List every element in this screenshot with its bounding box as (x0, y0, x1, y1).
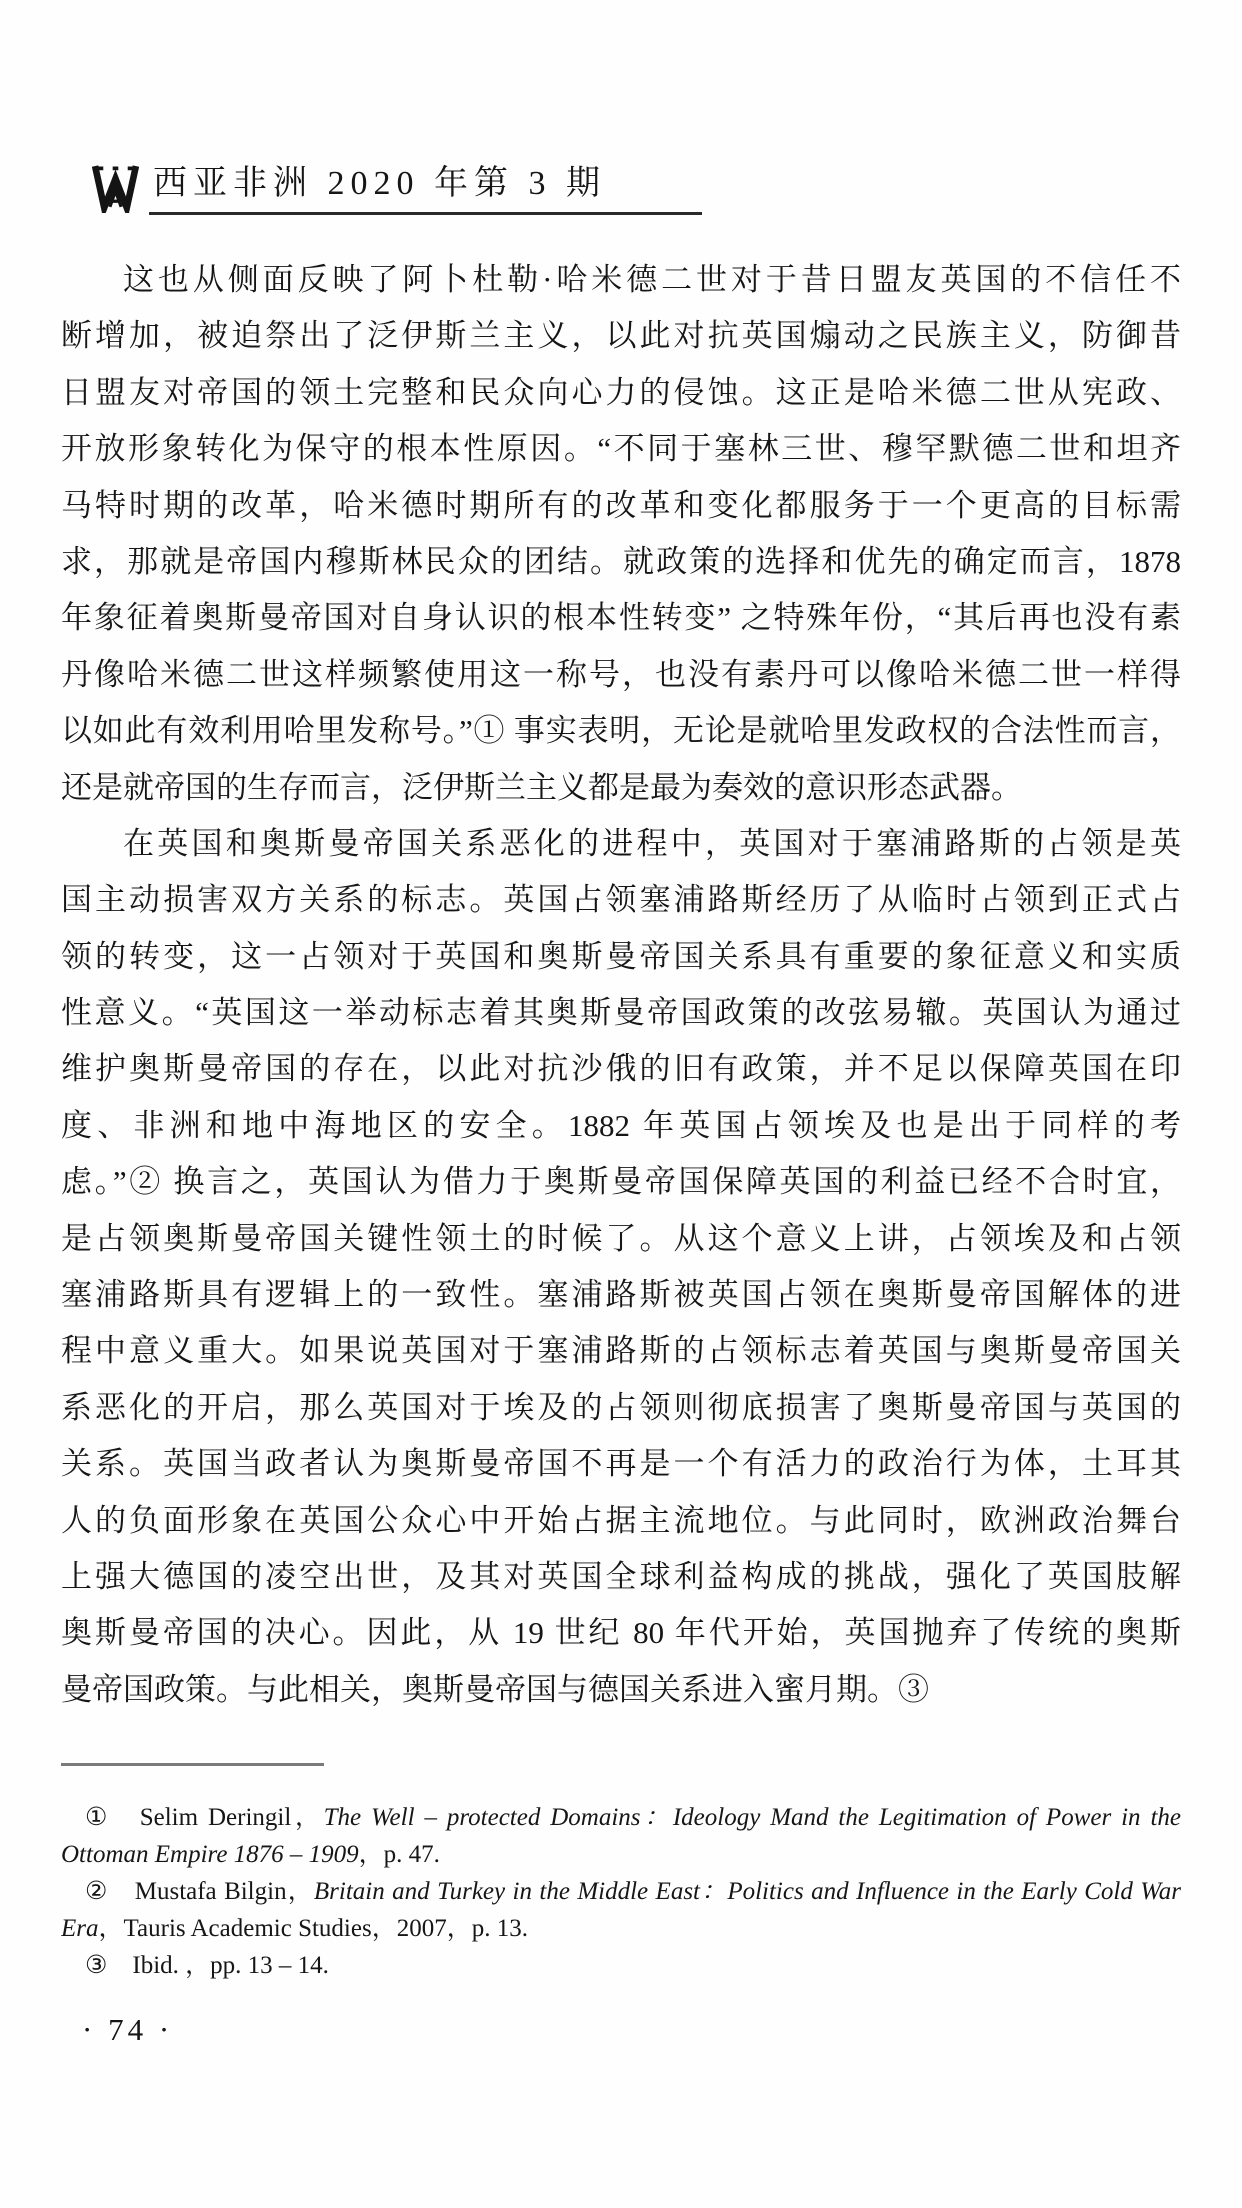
journal-header: 西亚非洲 2020 年第 3 期 (92, 164, 702, 215)
footnotes: ① Selim Deringil，The Well – protected Do… (61, 1799, 1181, 1984)
body-line: 系恶化的开启，那么英国对于埃及的占领则彻底损害了奥斯曼帝国与英国的 (61, 1380, 1181, 1436)
body-line: 丹像哈米德二世这样频繁使用这一称号，也没有素丹可以像哈米德二世一样得 (61, 647, 1181, 703)
body-line: 这也从侧面反映了阿卜杜勒·哈米德二世对于昔日盟友英国的不信任不 (61, 252, 1181, 308)
body-line: 人的负面形象在英国公众心中开始占据主流地位。与此同时，欧洲政治舞台 (61, 1493, 1181, 1549)
body-line: 性意义。“英国这一举动标志着其奥斯曼帝国政策的改弦易辙。英国认为通过 (61, 985, 1181, 1041)
footnote-line: Era，Tauris Academic Studies，2007，p. 13. (61, 1910, 1181, 1947)
body-line: 维护奥斯曼帝国的存在，以此对抗沙俄的旧有政策，并不足以保障英国在印 (61, 1041, 1181, 1097)
body-line: 求，那就是帝国内穆斯林民众的团结。就政策的选择和优先的确定而言，1878 (61, 534, 1181, 590)
body-line: 国主动损害双方关系的标志。英国占领塞浦路斯经历了从临时占领到正式占 (61, 872, 1181, 928)
body-line: 虑。”② 换言之，英国认为借力于奥斯曼帝国保障英国的利益已经不合时宜， (61, 1154, 1181, 1210)
article-body: 这也从侧面反映了阿卜杜勒·哈米德二世对于昔日盟友英国的不信任不断增加，被迫祭出了… (61, 252, 1181, 1718)
body-line: 奥斯曼帝国的决心。因此，从 19 世纪 80 年代开始，英国抛弃了传统的奥斯 (61, 1605, 1181, 1661)
body-line: 年象征着奥斯曼帝国对自身认识的根本性转变” 之特殊年份，“其后再也没有素 (61, 590, 1181, 646)
body-line: 开放形象转化为保守的根本性原因。“不同于塞林三世、穆罕默德二世和坦齐 (61, 421, 1181, 477)
body-line: 在英国和奥斯曼帝国关系恶化的进程中，英国对于塞浦路斯的占领是英 (61, 816, 1181, 872)
body-line: 日盟友对帝国的领土完整和民众向心力的侵蚀。这正是哈米德二世从宪政、 (61, 365, 1181, 421)
body-line: 是占领奥斯曼帝国关键性领土的时候了。从这个意义上讲，占领埃及和占领 (61, 1211, 1181, 1267)
footnote-line: ③ Ibid. ，pp. 13 – 14. (61, 1947, 1181, 1984)
body-line: 曼帝国政策。与此相关，奥斯曼帝国与德国关系进入蜜月期。③ (61, 1662, 1181, 1718)
footnote-line: ① Selim Deringil，The Well – protected Do… (61, 1799, 1181, 1836)
body-line: 断增加，被迫祭出了泛伊斯兰主义，以此对抗英国煽动之民族主义，防御昔 (61, 308, 1181, 364)
body-line: 领的转变，这一占领对于英国和奥斯曼帝国关系具有重要的象征意义和实质 (61, 929, 1181, 985)
footnote-line: ② Mustafa Bilgin，Britain and Turkey in t… (61, 1873, 1181, 1910)
page-number: · 74 · (82, 2012, 173, 2048)
footnote-line: Ottoman Empire 1876 – 1909，p. 47. (61, 1836, 1181, 1873)
body-line: 塞浦路斯具有逻辑上的一致性。塞浦路斯被英国占领在奥斯曼帝国解体的进 (61, 1267, 1181, 1323)
body-line: 程中意义重大。如果说英国对于塞浦路斯的占领标志着英国与奥斯曼帝国关 (61, 1323, 1181, 1379)
body-line: 关系。英国当政者认为奥斯曼帝国不再是一个有活力的政治行为体，土耳其 (61, 1436, 1181, 1492)
body-line: 马特时期的改革，哈米德时期所有的改革和变化都服务于一个更高的目标需 (61, 478, 1181, 534)
body-line: 度、非洲和地中海地区的安全。1882 年英国占领埃及也是出于同样的考 (61, 1098, 1181, 1154)
body-line: 以如此有效利用哈里发称号。”① 事实表明，无论是就哈里发政权的合法性而言， (61, 703, 1181, 759)
body-line: 还是就帝国的生存而言，泛伊斯兰主义都是最为奏效的意识形态武器。 (61, 760, 1181, 816)
journal-title: 西亚非洲 2020 年第 3 期 (149, 164, 702, 215)
scanned-journal-page: 西亚非洲 2020 年第 3 期 这也从侧面反映了阿卜杜勒·哈米德二世对于昔日盟… (0, 0, 1242, 2208)
journal-logo-icon (92, 165, 139, 213)
body-line: 上强大德国的凌空出世，及其对英国全球利益构成的挑战，强化了英国肢解 (61, 1549, 1181, 1605)
footnote-separator (61, 1763, 324, 1766)
